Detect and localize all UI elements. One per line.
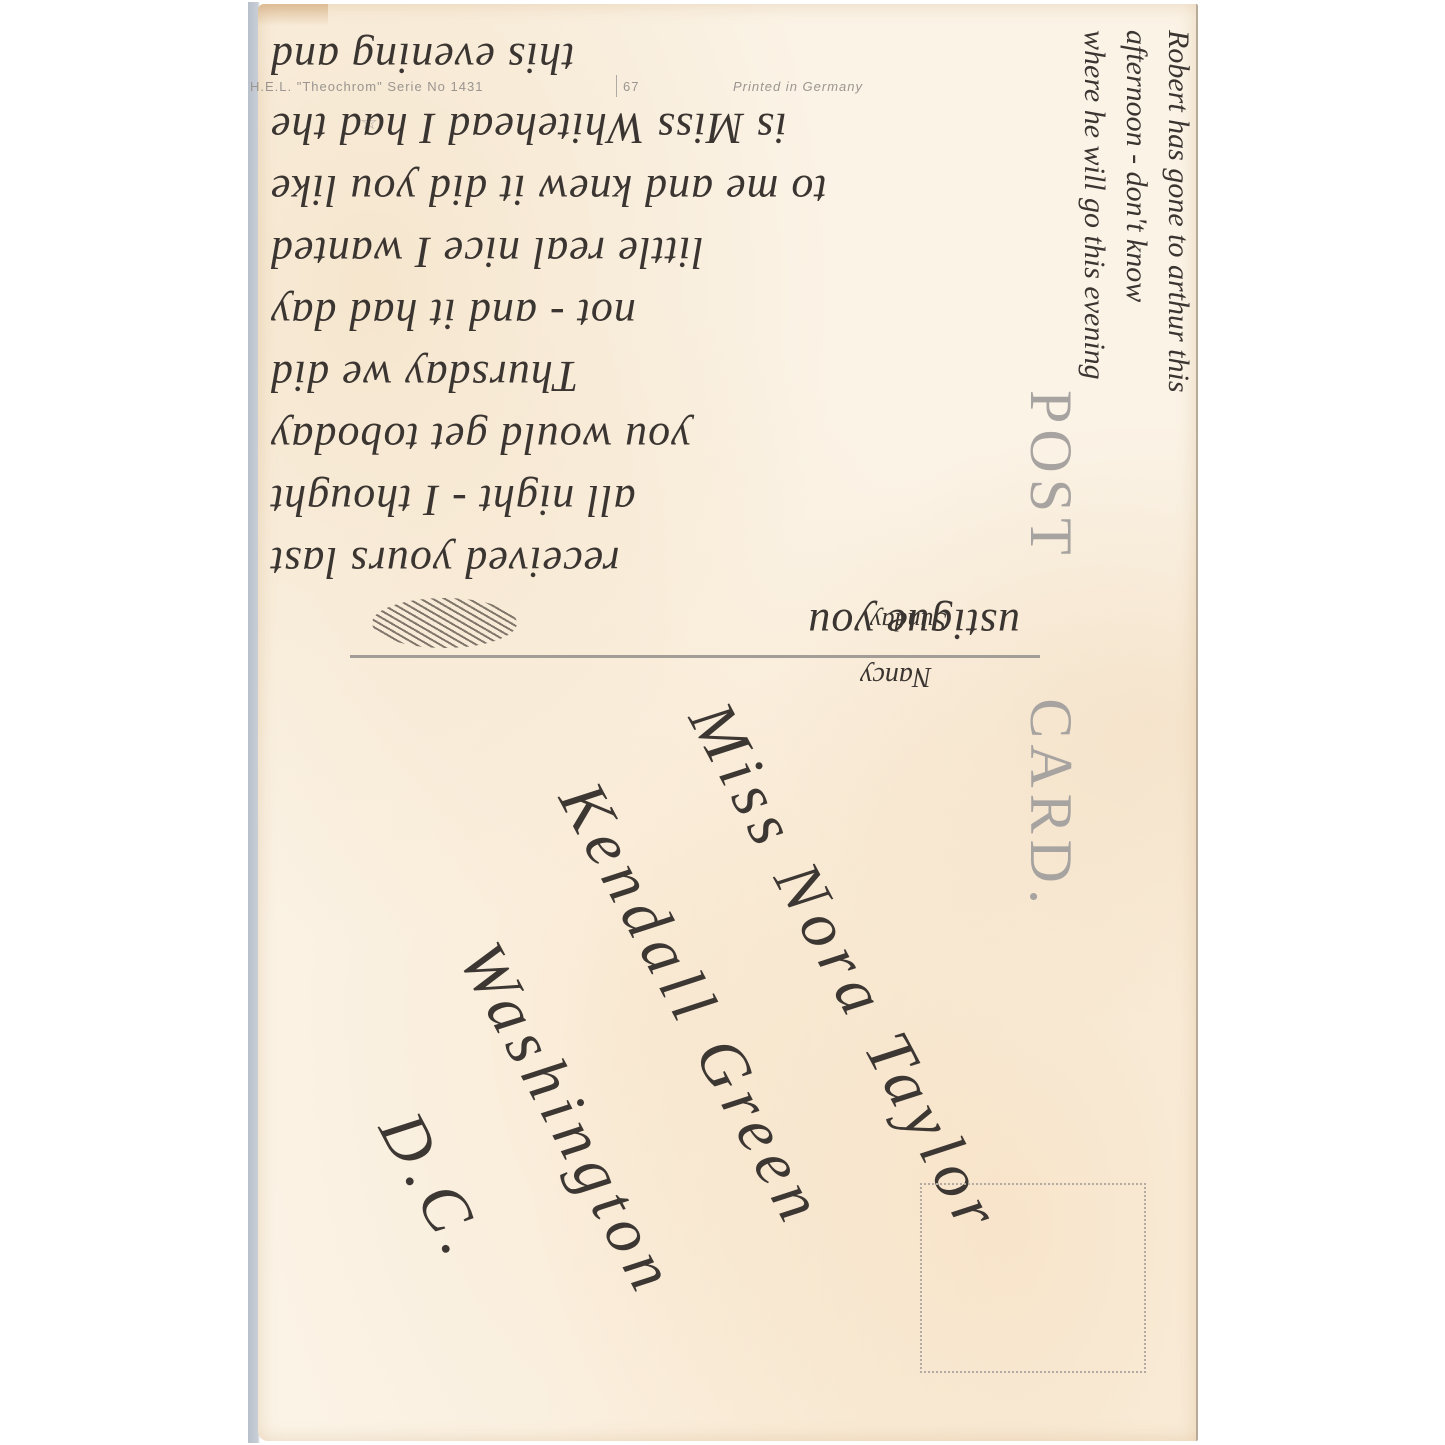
signature: Nancy (860, 660, 932, 692)
margin-note-line: where he will go this evening (1069, 30, 1111, 660)
message-line: this evening and (270, 33, 574, 84)
address-line: Miss Nora Taylor (673, 690, 1018, 1248)
margin-note-line: afternoon - don't know (1111, 30, 1153, 660)
message-line: little real nice I wanted (270, 227, 704, 278)
crossed-out-scribble (372, 598, 517, 648)
message-line: received yours last (270, 537, 620, 588)
message-line: all night - I thought (270, 475, 636, 526)
stamp-box (920, 1183, 1146, 1373)
date-note: Sunday (870, 606, 947, 636)
message-line: not - and it had day (270, 289, 636, 340)
message-line: is Miss Whitehead I had the (270, 103, 787, 154)
handwritten-message: ustigue you received yours last all nigh… (270, 20, 1030, 650)
margin-note: Robert has gone to arthur this afternoon… (1069, 30, 1195, 660)
message-line: to me and knew it did you like (270, 165, 827, 216)
margin-note-line: Robert has gone to arthur this (1153, 30, 1195, 660)
message-line: Thursday we did (270, 351, 578, 402)
message-line: you would get toboday (270, 413, 691, 464)
divider-line (350, 655, 1040, 658)
